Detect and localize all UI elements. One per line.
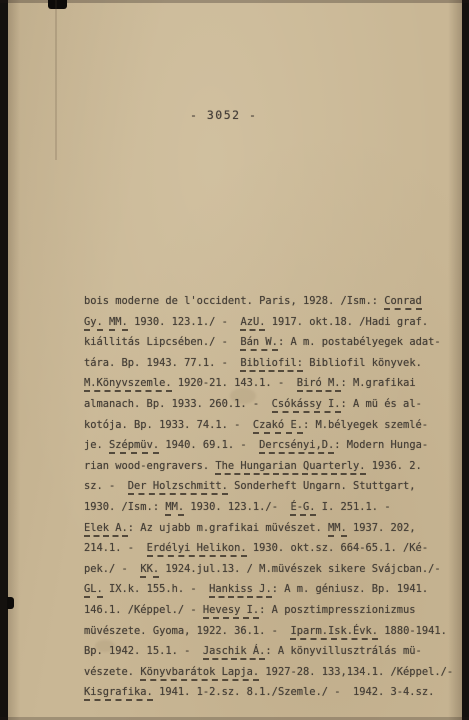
- underlined-text: KK.: [140, 563, 159, 578]
- text-segment: 1930. 123.1./-: [184, 501, 290, 513]
- scan-edge-right: [462, 0, 469, 720]
- text-line: vészete. Könyvbarátok Lapja. 1927-28. 13…: [84, 662, 456, 683]
- text-segment: je.: [84, 439, 109, 451]
- underlined-text: Szépmüv.: [109, 439, 159, 454]
- page-number: - 3052 -: [190, 108, 257, 122]
- text-segment: I. 251.1. -: [316, 501, 391, 513]
- underlined-text: GL.: [84, 583, 103, 598]
- text-segment: 214.1. -: [84, 542, 147, 554]
- text-segment: Sonderheft Ungarn. Stuttgart,: [228, 480, 416, 492]
- text-segment: IX.k. 155.h. -: [103, 583, 209, 595]
- scan-artifact-left-nub: [7, 597, 14, 609]
- scan-artifact-top-tab: [48, 0, 67, 9]
- text-segment: 1927-28. 133,134.1. /Képpel./-: [259, 666, 453, 678]
- text-line: sz. - Der Holzschmitt. Sonderheft Ungarn…: [84, 476, 456, 497]
- underlined-text: Jaschik Á.: [203, 645, 266, 660]
- underlined-text: Elek A.: [84, 522, 128, 537]
- text-segment: : A mü és al-: [341, 398, 422, 410]
- text-line: M.Könyvszemle. 1920-21. 143.1. - Biró M.…: [84, 373, 456, 394]
- text-line: Gy. MM. 1930. 123.1./ - AzU. 1917. okt.1…: [84, 312, 456, 333]
- text-line: pek./ - KK. 1924.jul.13. / M.müvészek si…: [84, 559, 456, 580]
- paper-crease: [55, 0, 57, 160]
- text-segment: Bibliofil könyvek.: [303, 357, 422, 369]
- underlined-text: Iparm.Isk.Évk.: [290, 625, 378, 640]
- underlined-text: Hevesy I.: [203, 604, 259, 619]
- underlined-text: Czakó E.: [253, 419, 303, 434]
- text-segment: : M.bélyegek szemlé-: [303, 419, 428, 431]
- text-segment: almanach. Bp. 1933. 260.1. -: [84, 398, 272, 410]
- scanned-document-page: - 3052 - bois moderne de l'occident. Par…: [0, 0, 469, 720]
- text-segment: Bp. 1942. 15.1. -: [84, 645, 203, 657]
- text-segment: 1936. 2.: [366, 460, 422, 472]
- underlined-text: Hankiss J.: [209, 583, 272, 598]
- text-line: 146.1. /Képpel./ - Hevesy I.: A posztimp…: [84, 600, 456, 621]
- text-segment: kiállitás Lipcsében./ -: [84, 336, 240, 348]
- text-line: Elek A.: Az ujabb m.grafikai müvészet. M…: [84, 518, 456, 539]
- scan-edge-left: [0, 0, 8, 720]
- text-segment: 1880-1941.: [378, 625, 447, 637]
- paper-top-shadow: [0, 0, 469, 3]
- text-segment: 1940. 69.1. -: [159, 439, 259, 451]
- text-segment: müvészete. Gyoma, 1922. 36.1. -: [84, 625, 290, 637]
- underlined-text: Csókássy I.: [272, 398, 341, 413]
- text-segment: 1941. 1-2.sz. 8.1./Szemle./ - 1942. 3-4.…: [153, 686, 435, 698]
- underlined-text: Erdélyi Helikon.: [147, 542, 247, 557]
- text-segment: : M.grafikai: [341, 377, 416, 389]
- text-line: je. Szépmüv. 1940. 69.1. - Dercsényi,D.:…: [84, 435, 456, 456]
- text-segment: 1930. 123.1./ -: [128, 316, 241, 328]
- text-segment: : A posztimpresszionizmus: [259, 604, 415, 616]
- text-segment: 1924.jul.13. / M.müvészek sikere Svájcba…: [159, 563, 441, 575]
- text-segment: : Az ujabb m.grafikai müvészet.: [128, 522, 328, 534]
- text-line: Kisgrafika. 1941. 1-2.sz. 8.1./Szemle./ …: [84, 682, 456, 703]
- text-line: kotója. Bp. 1933. 74.1. - Czakó E.: M.bé…: [84, 415, 456, 436]
- text-segment: 1930. /Ism.:: [84, 501, 165, 513]
- text-segment: vészete.: [84, 666, 140, 678]
- bibliography-text-block: bois moderne de l'occident. Paris, 1928.…: [84, 291, 456, 703]
- text-segment: rian wood-engravers.: [84, 460, 215, 472]
- text-segment: : A m. postabélyegek adat-: [278, 336, 441, 348]
- underlined-text: Dercsényi,D.: [259, 439, 334, 454]
- text-line: almanach. Bp. 1933. 260.1. - Csókássy I.…: [84, 394, 456, 415]
- text-segment: 1930. okt.sz. 664-65.1. /Ké-: [247, 542, 428, 554]
- underlined-text: Conrad: [384, 295, 422, 310]
- text-segment: : Modern Hunga-: [334, 439, 428, 451]
- text-segment: 1920-21. 143.1. -: [172, 377, 297, 389]
- underlined-text: É-G.: [290, 501, 315, 516]
- text-segment: : A m. géniusz. Bp. 1941.: [272, 583, 428, 595]
- text-line: müvészete. Gyoma, 1922. 36.1. - Iparm.Is…: [84, 621, 456, 642]
- text-line: Bp. 1942. 15.1. - Jaschik Á.: A könyvill…: [84, 641, 456, 662]
- underlined-text: Bán W.: [240, 336, 278, 351]
- text-line: GL. IX.k. 155.h. - Hankiss J.: A m. géni…: [84, 579, 456, 600]
- text-segment: pek./ -: [84, 563, 140, 575]
- text-line: rian wood-engravers. The Hungarian Quart…: [84, 456, 456, 477]
- underlined-text: The Hungarian Quarterly.: [215, 460, 365, 475]
- text-line: bois moderne de l'occident. Paris, 1928.…: [84, 291, 456, 312]
- text-line: kiállitás Lipcsében./ - Bán W.: A m. pos…: [84, 332, 456, 353]
- underlined-text: MM.: [328, 522, 347, 537]
- text-segment: sz. -: [84, 480, 128, 492]
- text-segment: 146.1. /Képpel./ -: [84, 604, 203, 616]
- text-segment: tára. Bp. 1943. 77.1. -: [84, 357, 240, 369]
- underlined-text: MM.: [109, 316, 128, 331]
- underlined-text: Gy.: [84, 316, 103, 331]
- underlined-text: M.Könyvszemle.: [84, 377, 172, 392]
- underlined-text: Bibliofil:: [240, 357, 303, 372]
- underlined-text: Könyvbarátok Lapja.: [140, 666, 259, 681]
- text-segment: kotója. Bp. 1933. 74.1. -: [84, 419, 253, 431]
- underlined-text: Der Holzschmitt.: [128, 480, 228, 495]
- text-segment: 1917. okt.18. /Hadi graf.: [265, 316, 428, 328]
- underlined-text: Kisgrafika.: [84, 686, 153, 701]
- text-line: 214.1. - Erdélyi Helikon. 1930. okt.sz. …: [84, 538, 456, 559]
- text-line: 1930. /Ism.: MM. 1930. 123.1./- É-G. I. …: [84, 497, 456, 518]
- text-segment: : A könyvillusztrálás mü-: [265, 645, 421, 657]
- underlined-text: AzU.: [240, 316, 265, 331]
- text-segment: 1937. 202,: [347, 522, 416, 534]
- underlined-text: Biró M.: [297, 377, 341, 392]
- paper-left-shadow: [8, 0, 20, 720]
- text-line: tára. Bp. 1943. 77.1. - Bibliofil: Bibli…: [84, 353, 456, 374]
- underlined-text: MM.: [165, 501, 184, 516]
- text-segment: bois moderne de l'occident. Paris, 1928.…: [84, 295, 384, 307]
